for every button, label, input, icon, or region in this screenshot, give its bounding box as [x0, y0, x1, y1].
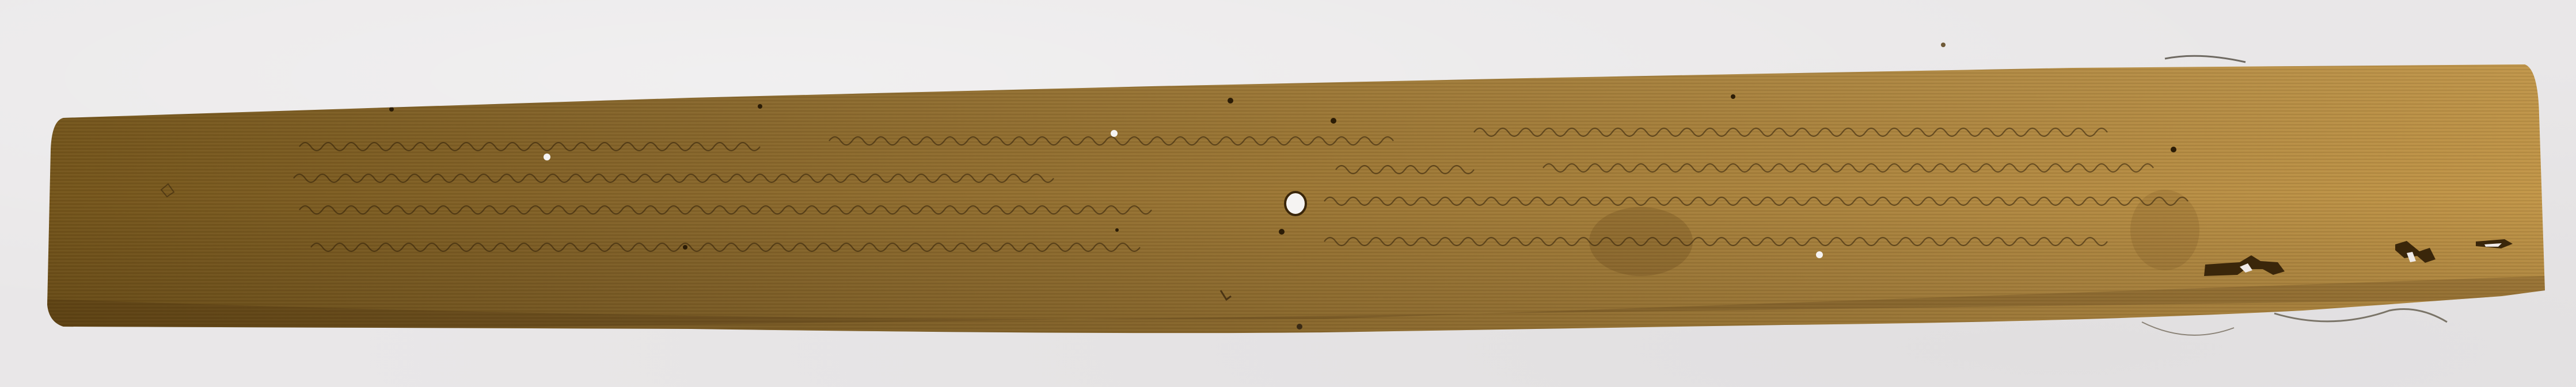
string-hole	[1285, 192, 1306, 215]
palm-leaf-manuscript	[0, 0, 2576, 387]
thread	[2142, 322, 2234, 335]
thread	[2165, 56, 2246, 62]
thread	[2274, 309, 2447, 323]
leaf-illustration	[0, 0, 2576, 387]
